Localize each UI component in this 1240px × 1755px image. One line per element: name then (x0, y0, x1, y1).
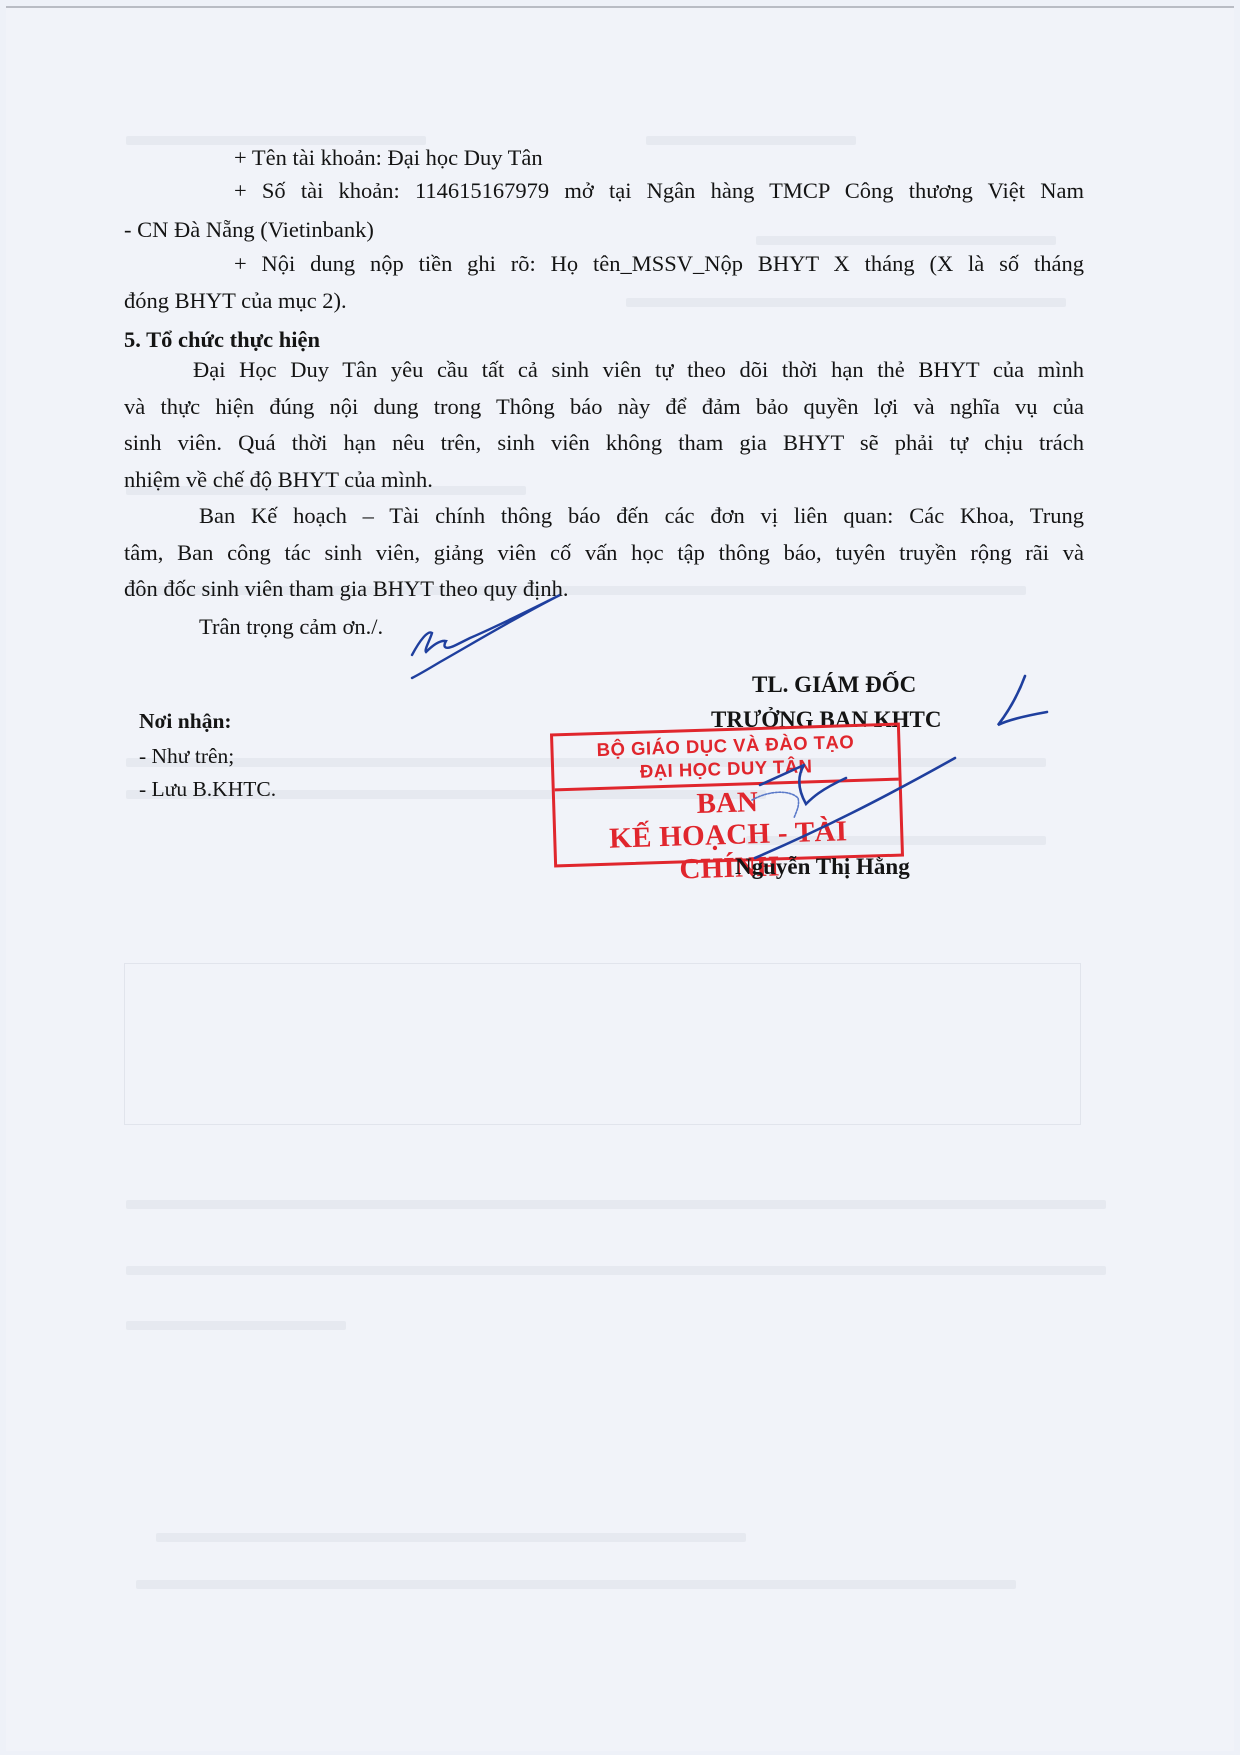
paragraph-line: sinh viên. Quá thời hạn nêu trên, sinh v… (124, 432, 1084, 455)
section-heading: 5. Tổ chức thực hiện (124, 329, 320, 352)
paragraph-line: Ban Kế hoạch – Tài chính thông báo đến c… (199, 505, 1084, 528)
paragraph-line: đôn đốc sinh viên tham gia BHYT theo quy… (124, 578, 569, 601)
recipient-item: - Như trên; (139, 746, 234, 768)
paragraph-line: nhiệm về chế độ BHYT của mình. (124, 469, 433, 492)
paragraph-line: tâm, Ban công tác sinh viên, giảng viên … (124, 542, 1084, 565)
bank-branch: - CN Đà Nẵng (Vietinbank) (124, 219, 374, 242)
account-number: + Số tài khoản: 114615167979 mở tại Ngân… (234, 180, 1084, 203)
paragraph-line: và thực hiện đúng nội dung trong Thông b… (124, 396, 1084, 419)
paragraph-line: Đại Học Duy Tân yêu cầu tất cả sinh viên… (193, 359, 1084, 382)
signature-title-1: TL. GIÁM ĐỐC (752, 673, 916, 696)
official-stamp: BỘ GIÁO DỤC VÀ ĐÀO TẠO ĐẠI HỌC DUY TÂN B… (550, 723, 904, 868)
signer-name: Nguyễn Thị Hằng (735, 855, 910, 878)
account-name: + Tên tài khoản: Đại học Duy Tân (234, 147, 543, 170)
recipients-heading: Nơi nhận: (139, 711, 232, 733)
payment-content: + Nội dung nộp tiền ghi rõ: Họ tên_MSSV_… (234, 253, 1084, 276)
payment-content-cont: đóng BHYT của mục 2). (124, 290, 347, 313)
recipient-item: - Lưu B.KHTC. (139, 779, 276, 801)
closing-line: Trân trọng cảm ơn./. (199, 616, 383, 639)
